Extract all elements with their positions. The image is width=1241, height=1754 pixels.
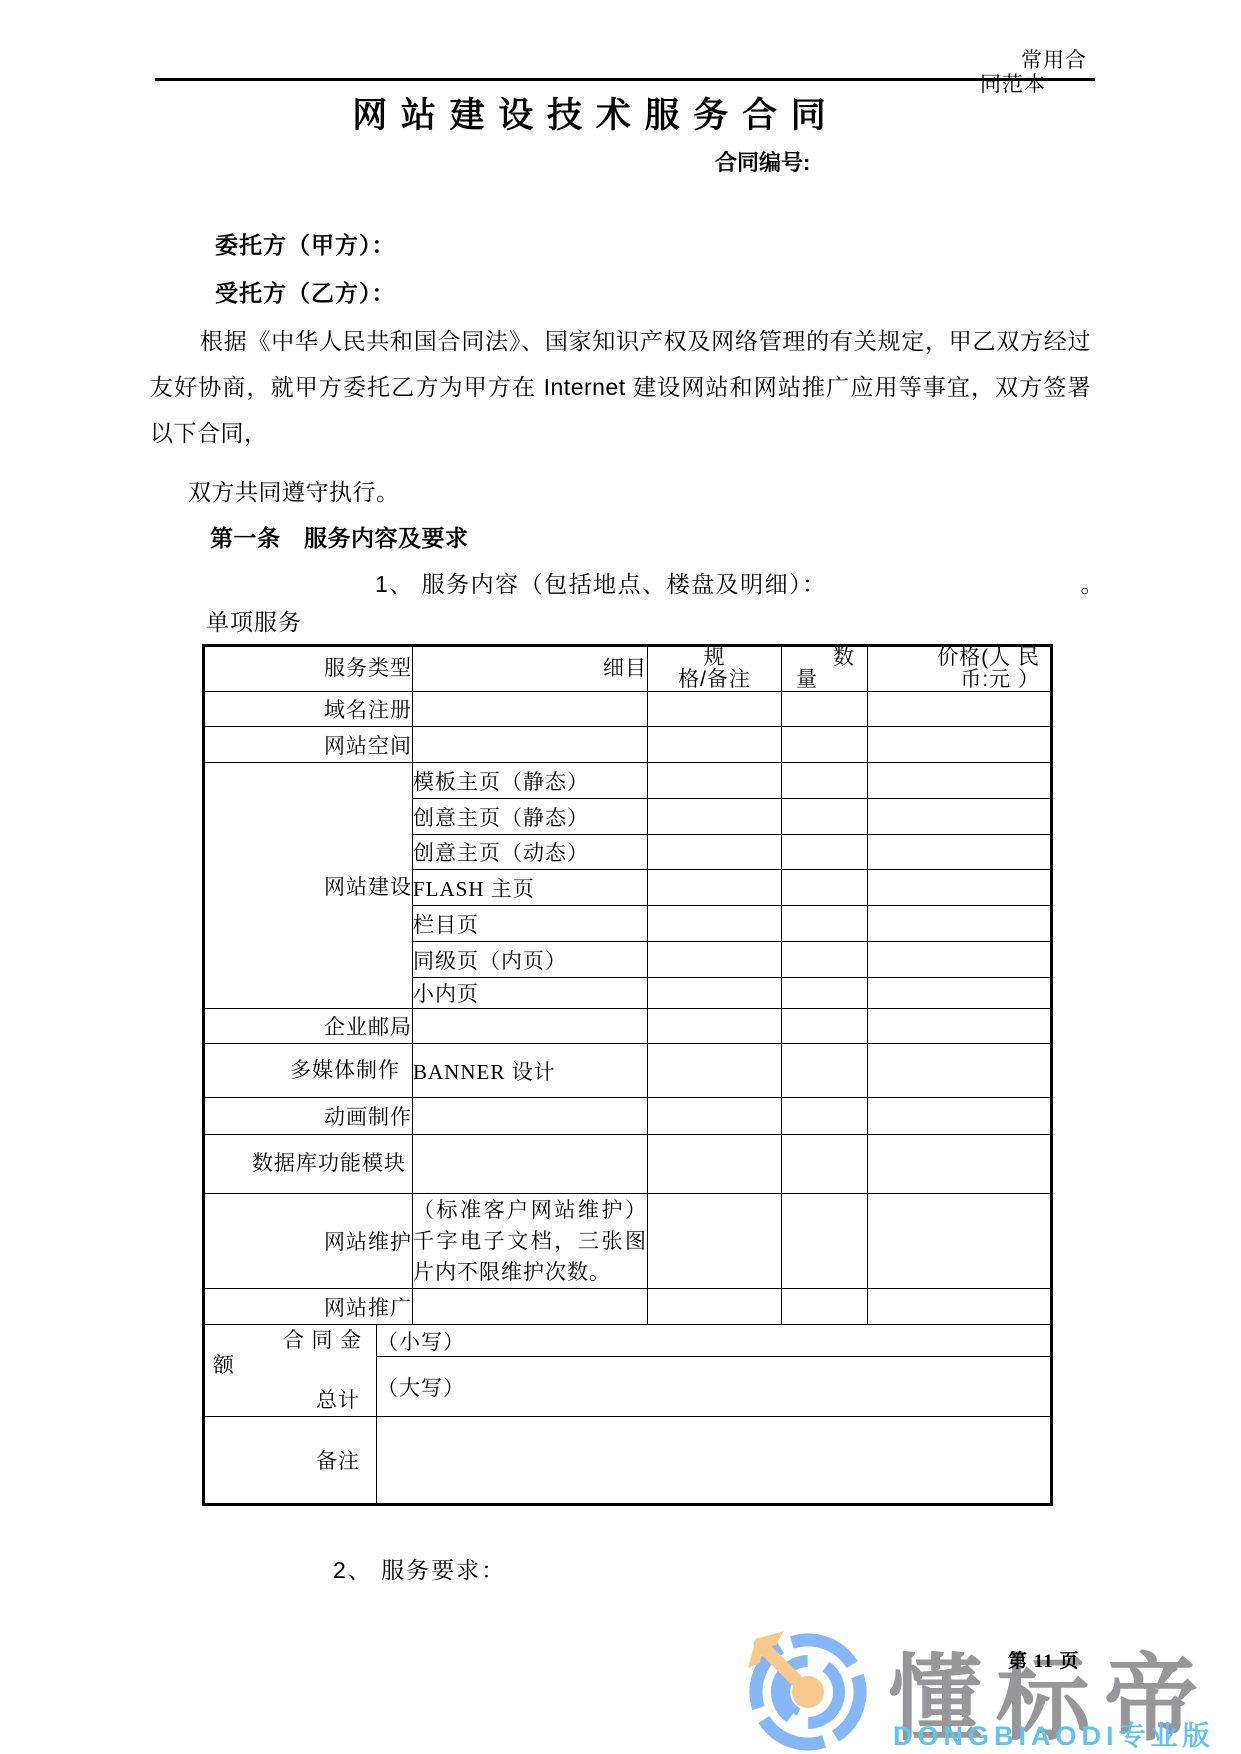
item-1-label: 1、 服务内容（包括地点、楼盘及明细）： [150, 566, 827, 599]
header-price-line1: 价格(人 民 [868, 647, 1050, 669]
header-price: 价格(人 民 币:元 ） [868, 646, 1052, 692]
empty-cell [868, 978, 1052, 1009]
empty-cell [868, 692, 1052, 727]
empty-cell [868, 799, 1052, 835]
empty-cell [868, 1098, 1052, 1135]
header-quantity-line2: 量 [782, 669, 867, 691]
table-row: 网站空间 [204, 727, 1052, 763]
table-header-row: 服务类型 细目 规 格/备注 数 量 价格(人 民 币:元 ） [204, 646, 1052, 692]
empty-cell [868, 1135, 1052, 1194]
row-database-label: 数据库功能模块 [204, 1135, 413, 1194]
empty-cell [782, 1289, 868, 1325]
row-maintenance-label: 网站维护 [204, 1194, 413, 1289]
empty-cell [782, 1098, 868, 1135]
header-detail-text: 细目 [413, 658, 647, 680]
table-row: 动画制作 [204, 1098, 1052, 1135]
header-service-type: 服务类型 [204, 646, 413, 692]
empty-cell [648, 763, 782, 799]
total-amount-small-cell: （小写） [377, 1325, 1052, 1357]
empty-cell [868, 763, 1052, 799]
empty-cell [782, 1009, 868, 1044]
empty-cell [782, 763, 868, 799]
table-row: 网站建设 模板主页（静态） [204, 763, 1052, 799]
empty-cell [648, 692, 782, 727]
header-quantity-line1: 数 [782, 647, 867, 669]
total-amount-label-main: 合同金额 [205, 1328, 376, 1378]
page-number: 第 11 页 [1008, 1646, 1079, 1673]
row-multimedia-detail: BANNER 设计 [413, 1044, 648, 1098]
empty-cell [782, 799, 868, 835]
table-row: 合同金额 总计 （小写） [204, 1325, 1052, 1357]
empty-cell [648, 906, 782, 942]
row-domain-label: 域名注册 [204, 692, 413, 727]
header-spec-line1: 规 [648, 647, 781, 669]
row-promotion-label: 网站推广 [204, 1289, 413, 1325]
empty-cell [648, 799, 782, 835]
empty-cell [648, 1289, 782, 1325]
item-1-line: 1、 服务内容（包括地点、楼盘及明细）： 。 [150, 566, 1105, 599]
row-mail-label: 企业邮局 [204, 1009, 413, 1044]
empty-cell [413, 1009, 648, 1044]
single-service-table: 服务类型 细目 规 格/备注 数 量 价格(人 民 币:元 ） 域名注册 [202, 644, 1053, 1506]
build-item: 创意主页（静态） [413, 799, 648, 835]
header-detail: 细目 [413, 646, 648, 692]
group-build-label: 网站建设 [204, 763, 413, 1009]
contract-number-label: 合同编号: [715, 146, 810, 177]
empty-cell [782, 1194, 868, 1289]
empty-cell [648, 978, 782, 1009]
table-row: 备注 [204, 1417, 1052, 1505]
clause-1-heading: 第一条 服务内容及要求 [150, 520, 1050, 553]
empty-cell [648, 870, 782, 906]
build-item: 模板主页（静态） [413, 763, 648, 799]
empty-cell [868, 942, 1052, 978]
empty-cell [868, 835, 1052, 870]
total-amount-big-cell: （大写） [377, 1357, 1052, 1417]
empty-cell [648, 835, 782, 870]
total-amount-label: 合同金额 总计 [204, 1325, 377, 1417]
empty-cell [648, 1098, 782, 1135]
row-space-label: 网站空间 [204, 727, 413, 763]
empty-cell [648, 1044, 782, 1098]
empty-cell [782, 906, 868, 942]
empty-cell [782, 942, 868, 978]
table-row: 网站推广 [204, 1289, 1052, 1325]
row-maintenance-detail: （标准客户网站维护）千字电子文档，三张图片内不限维护次数。 [413, 1194, 648, 1289]
empty-cell [413, 1135, 648, 1194]
item-2-label: 2、 服务要求： [333, 1552, 506, 1585]
item-1-trailing-period: 。 [1081, 566, 1106, 599]
intro-paragraph: 根据《中华人民共和国合同法》、国家知识产权及网络管理的有关规定，甲乙双方经过友好… [150, 318, 1091, 456]
header-spec-remark: 规 格/备注 [648, 646, 782, 692]
empty-cell [782, 835, 868, 870]
party-b-label: 受托方（乙方）： [215, 275, 396, 308]
build-item: 栏目页 [413, 906, 648, 942]
table-row: 域名注册 [204, 692, 1052, 727]
table-caption: 单项服务 [206, 604, 302, 637]
empty-cell [782, 727, 868, 763]
build-item: 同级页（内页） [413, 942, 648, 978]
empty-cell [782, 870, 868, 906]
empty-cell [868, 906, 1052, 942]
empty-cell [782, 978, 868, 1009]
empty-cell [782, 1135, 868, 1194]
empty-cell [648, 1135, 782, 1194]
party-a-label: 委托方（甲方）： [215, 227, 396, 260]
empty-cell [413, 692, 648, 727]
build-item: 创意主页（动态） [413, 835, 648, 870]
contract-document-page: 常用合 同范本 网 站 建 设 技 术 服 务 合 同 合同编号: 委托方（甲方… [0, 0, 1241, 1754]
empty-cell [413, 1289, 648, 1325]
empty-cell [648, 942, 782, 978]
table-row: 网站维护 （标准客户网站维护）千字电子文档，三张图片内不限维护次数。 [204, 1194, 1052, 1289]
note-empty-cell [377, 1417, 1052, 1505]
header-divider-line [155, 78, 1095, 81]
empty-cell [648, 727, 782, 763]
empty-cell [782, 692, 868, 727]
target-arrow-logo-icon [744, 1630, 872, 1754]
empty-cell [648, 1194, 782, 1289]
row-multimedia-label: 多媒体制作 [204, 1044, 413, 1098]
empty-cell [648, 1009, 782, 1044]
row-animation-label: 动画制作 [204, 1098, 413, 1135]
empty-cell [868, 1009, 1052, 1044]
intro-paragraph-tail: 双方共同遵守执行。 [150, 474, 1050, 507]
header-quantity: 数 量 [782, 646, 868, 692]
empty-cell [868, 870, 1052, 906]
table-row: 企业邮局 [204, 1009, 1052, 1044]
row-note-label: 备注 [204, 1417, 377, 1505]
build-item: 小内页 [413, 978, 648, 1009]
empty-cell [413, 727, 648, 763]
header-spec-line2: 格/备注 [648, 669, 781, 691]
total-amount-label-sub: 总计 [205, 1388, 376, 1413]
empty-cell [868, 727, 1052, 763]
empty-cell [868, 1289, 1052, 1325]
build-item: FLASH 主页 [413, 870, 648, 906]
empty-cell [782, 1044, 868, 1098]
empty-cell [868, 1044, 1052, 1098]
header-price-line2: 币:元 ） [868, 669, 1050, 691]
empty-cell [868, 1194, 1052, 1289]
empty-cell [413, 1098, 648, 1135]
table-row: 多媒体制作 BANNER 设计 [204, 1044, 1052, 1098]
watermark-tagline-text: DONGBIAODI专业版 [893, 1714, 1215, 1753]
table-row: 数据库功能模块 [204, 1135, 1052, 1194]
header-service-type-text: 服务类型 [205, 658, 412, 680]
document-title: 网 站 建 设 技 术 服 务 合 同 [150, 88, 1030, 138]
